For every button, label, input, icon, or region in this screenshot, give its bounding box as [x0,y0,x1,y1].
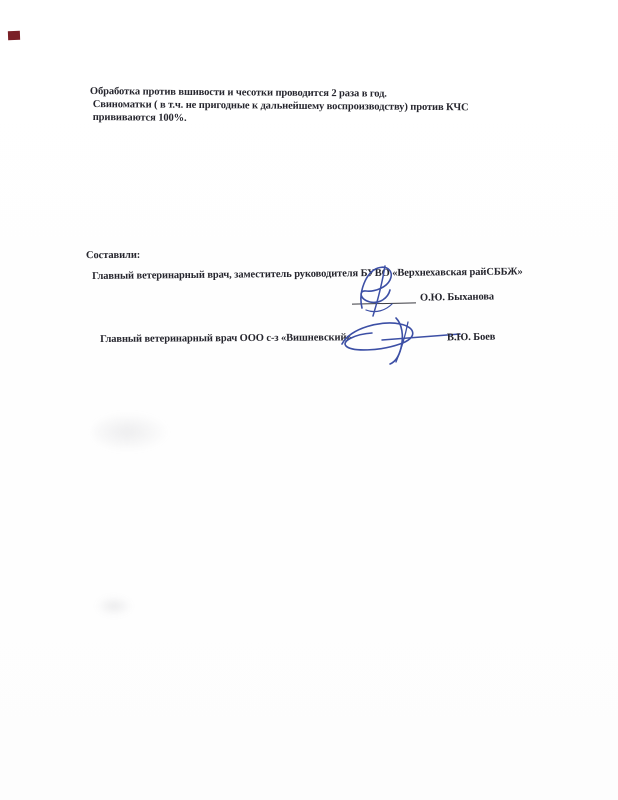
signatory-2-name: В.Ю. Боев [447,331,496,345]
scanned-document-page: Обработка против вшивости и чесотки пров… [0,0,618,800]
vaccination-paragraph: Обработка против вшивости и чесотки пров… [90,85,550,128]
signature-ink-byhanova [352,264,422,320]
signatory-2-title: Главный ветеринарный врач ООО с-з «Вишне… [100,331,352,346]
scan-artifact-mark [8,31,20,40]
compiled-by-label: Составили: [86,249,140,262]
signatory-1-name: О.Ю. Быханова [420,290,494,304]
paragraph-line: прививаются 100%. [90,111,550,128]
scan-bleedthrough-smudge [92,412,170,452]
scan-bleedthrough-smudge [96,596,132,616]
signatory-1-title: Главный ветеринарный врач, заместитель р… [92,265,523,283]
